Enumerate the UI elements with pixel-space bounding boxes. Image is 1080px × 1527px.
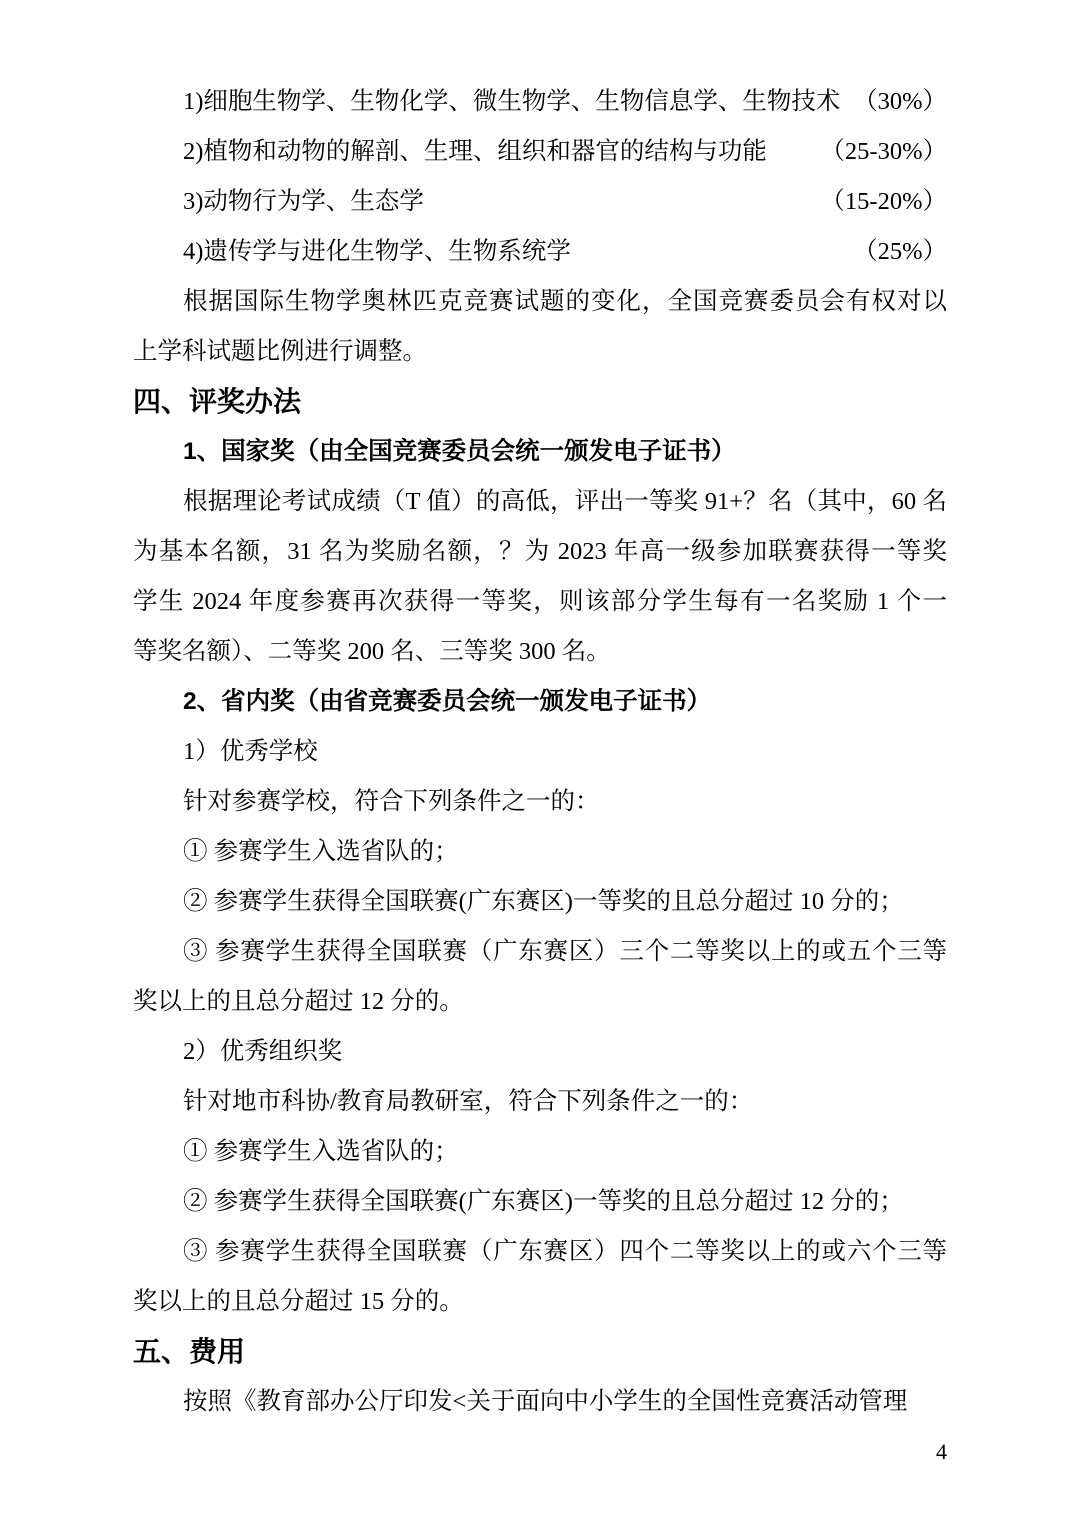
subject-weight-line: 4)遗传学与进化生物学、生物系统学（25%） — [133, 227, 947, 277]
paragraph-line: 为基本名额，31 名为奖励名额，？为 2023 年高一级参加联赛获得一等奖 — [133, 527, 947, 577]
subject-weight-value: （25-30%） — [820, 127, 947, 177]
subject-weight-line: 2)植物和动物的解剖、生理、组织和器官的结构与功能（25-30%） — [133, 127, 947, 177]
page-number: 4 — [133, 1427, 947, 1477]
paragraph-line: 按照《教育部办公厅印发<关于面向中小学生的全国性竞赛活动管理 — [133, 1377, 947, 1427]
paragraph-line: 学生 2024 年度参赛再次获得一等奖，则该部分学生每有一名奖励 1 个一 — [133, 577, 947, 627]
list-item: 1）优秀学校 — [133, 727, 947, 777]
subject-weight-value: （30%） — [853, 77, 947, 127]
award-criterion-line: ① 参赛学生入选省队的； — [133, 827, 947, 877]
award-criterion-line: 奖以上的且总分超过 12 分的。 — [133, 977, 947, 1027]
section-heading: 五、费用 — [133, 1327, 947, 1377]
paragraph-line: 针对地市科协/教育局教研室，符合下列条件之一的： — [133, 1077, 947, 1127]
paragraph-line: 上学科试题比例进行调整。 — [133, 327, 947, 377]
award-criterion-line: ② 参赛学生获得全国联赛(广东赛区)一等奖的且总分超过 10 分的； — [133, 877, 947, 927]
subject-weight-value: （15-20%） — [820, 177, 947, 227]
paragraph-line: 等奖名额）、二等奖 200 名、三等奖 300 名。 — [133, 627, 947, 677]
subject-weight-line: 3)动物行为学、生态学（15-20%） — [133, 177, 947, 227]
paragraph-line: 根据国际生物学奥林匹克竞赛试题的变化，全国竞赛委员会有权对以 — [133, 277, 947, 327]
section-heading: 四、评奖办法 — [133, 377, 947, 427]
subject-text: 3)动物行为学、生态学 — [183, 177, 424, 227]
award-criterion-line: 奖以上的且总分超过 15 分的。 — [133, 1277, 947, 1327]
paragraph-line: 针对参赛学校，符合下列条件之一的： — [133, 777, 947, 827]
paragraph-line: 根据理论考试成绩（T 值）的高低，评出一等奖 91+？名（其中，60 名 — [133, 477, 947, 527]
award-criterion-line: ③ 参赛学生获得全国联赛（广东赛区）四个二等奖以上的或六个三等 — [133, 1227, 947, 1277]
sub-heading: 1、国家奖（由全国竞赛委员会统一颁发电子证书） — [133, 427, 947, 477]
sub-heading: 2、省内奖（由省竞赛委员会统一颁发电子证书） — [133, 677, 947, 727]
subject-weight-line: 1)细胞生物学、生物化学、微生物学、生物信息学、生物技术（30%） — [133, 77, 947, 127]
subject-text: 2)植物和动物的解剖、生理、组织和器官的结构与功能 — [183, 127, 767, 177]
subject-text: 4)遗传学与进化生物学、生物系统学 — [183, 227, 571, 277]
subject-weight-value: （25%） — [853, 227, 947, 277]
award-criterion-line: ③ 参赛学生获得全国联赛（广东赛区）三个二等奖以上的或五个三等 — [133, 927, 947, 977]
document-content: 1)细胞生物学、生物化学、微生物学、生物信息学、生物技术（30%）2)植物和动物… — [133, 77, 947, 1427]
award-criterion-line: ① 参赛学生入选省队的； — [133, 1127, 947, 1177]
subject-text: 1)细胞生物学、生物化学、微生物学、生物信息学、生物技术 — [183, 77, 840, 127]
document-page: 1)细胞生物学、生物化学、微生物学、生物信息学、生物技术（30%）2)植物和动物… — [0, 0, 1080, 1527]
list-item: 2）优秀组织奖 — [133, 1027, 947, 1077]
award-criterion-line: ② 参赛学生获得全国联赛(广东赛区)一等奖的且总分超过 12 分的； — [133, 1177, 947, 1227]
